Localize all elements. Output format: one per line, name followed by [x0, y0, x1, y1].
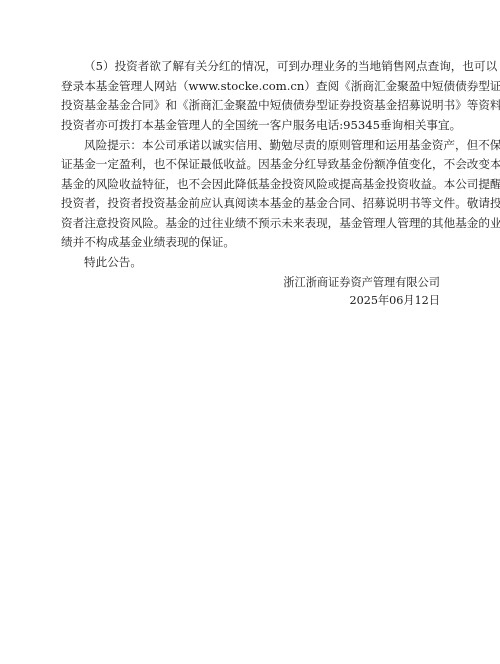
text-line: 投资者亦可拨打本基金管理人的全国统一客户服务电话:95345垂询相关事宜。 — [61, 118, 441, 132]
text-line: （5）投资者欲了解有关分红的情况，可到办理业务的当地销售网点查询，也可以 — [84, 59, 441, 73]
text-line: 风险提示：本公司承诺以诚实信用、勤勉尽责的原则管理和运用基金资产，但不保 — [84, 138, 441, 152]
closing-text: 特此公告。 — [84, 255, 441, 269]
text-line: 资者注意投资风险。基金的过往业绩不预示未来表现，基金管理人管理的其他基金的业 — [61, 216, 441, 230]
text-line: 基金的风险收益特征，也不会因此降低基金投资风险或提高基金投资收益。本公司提醒 — [61, 177, 441, 191]
text-line: 投资者，投资者投资基金前应认真阅读本基金的基金合同、招募说明书等文件。敬请投 — [61, 196, 441, 210]
text-line: 证基金一定盈利，也不保证最低收益。因基金分红导致基金份额净值变化，不会改变本 — [61, 157, 441, 171]
text-line: 投资基金基金合同》和《浙商汇金聚盈中短债债券型证券投资基金招募说明书》等资料。 — [61, 98, 441, 112]
document-page: （5）投资者欲了解有关分红的情况，可到办理业务的当地销售网点查询，也可以 登录本… — [0, 0, 500, 664]
text-line: 绩并不构成基金业绩表现的保证。 — [61, 235, 441, 249]
signature-company: 浙江浙商证券资产管理有限公司 — [283, 276, 440, 290]
text-line: 登录本基金管理人网站（www.stocke.com.cn）查阅《浙商汇金聚盈中短… — [61, 79, 441, 93]
signature-date: 2025年06月12日 — [349, 294, 440, 308]
